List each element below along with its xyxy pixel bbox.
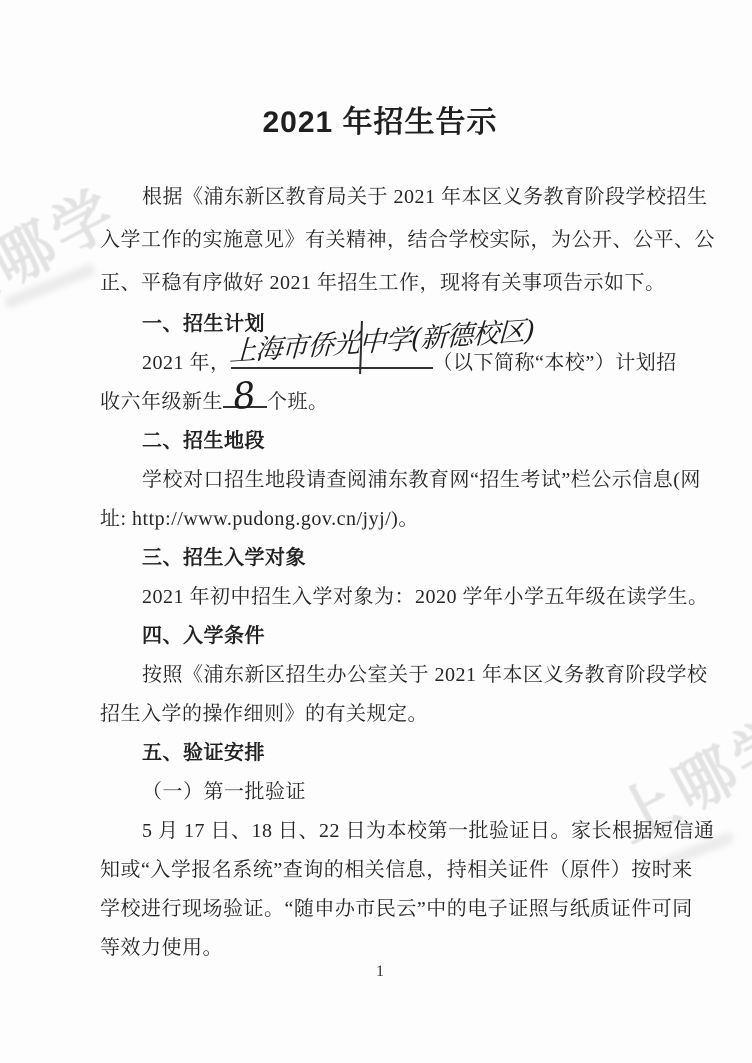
section-1-line-2: 收六年级新生8个班。 xyxy=(100,383,660,422)
section-5-line: 学校进行现场验证。“随申办市民云”中的电子证照与纸质证件可同 xyxy=(100,890,660,929)
section-5-line: 知或“入学报名系统”查询的相关信息，持相关证件（原件）按时来 xyxy=(100,851,660,890)
section-2-line: 址: http://www.pudong.gov.cn/jyj/)。 xyxy=(100,500,660,539)
page-number: 1 xyxy=(100,963,660,981)
handwritten-class-count: 8 xyxy=(231,378,259,417)
page-title: 2021 年招生告示 xyxy=(100,104,660,142)
watermark-smudge-top-left xyxy=(3,262,97,309)
document-body: 根据《浦东新区教育局关于 2021 年本区义务教育阶段学校招生 入学工作的实施意… xyxy=(100,176,660,968)
section-4-heading: 四、入学条件 xyxy=(100,617,660,656)
intro-paragraph: 根据《浦东新区教育局关于 2021 年本区义务教育阶段学校招生 入学工作的实施意… xyxy=(100,176,660,305)
section-4-line: 按照《浦东新区招生办公室关于 2021 年本区义务教育阶段学校 xyxy=(100,656,660,695)
plan-line1-prefix: 2021 年， xyxy=(142,352,231,374)
section-2-heading: 二、招生地段 xyxy=(100,422,660,461)
section-1-heading: 一、招生计划 xyxy=(100,305,660,344)
class-count-blank: 8 xyxy=(223,384,267,408)
plan-line1-suffix: （以下简称“本校”）计划招 xyxy=(433,352,677,374)
intro-line: 入学工作的实施意见》有关精神，结合学校实际，为公开、公平、公 xyxy=(100,219,660,262)
section-4-line: 招生入学的操作细则》的有关规定。 xyxy=(100,695,660,734)
plan-line2-prefix: 收六年级新生 xyxy=(100,391,223,413)
document-content: 2021 年招生告示 根据《浦东新区教育局关于 2021 年本区义务教育阶段学校… xyxy=(100,0,660,968)
intro-line: 正、平稳有序做好 2021 年招生工作，现将有关事项告示如下。 xyxy=(100,262,660,305)
school-name-blank: 上海市侨光中学(新德校区) xyxy=(231,345,433,369)
section-3-heading: 三、招生入学对象 xyxy=(100,539,660,578)
section-5-line: 5 月 17 日、18 日、22 日为本校第一批验证日。家长根据短信通 xyxy=(100,812,660,851)
scanned-document-page: 上哪学 上哪学 2021 年招生告示 根据《浦东新区教育局关于 2021 年本区… xyxy=(0,0,752,1063)
section-2-line: 学校对口招生地段请查阅浦东教育网“招生考试”栏公示信息(网 xyxy=(100,461,660,500)
plan-line2-suffix: 个班。 xyxy=(267,391,329,413)
intro-line: 根据《浦东新区教育局关于 2021 年本区义务教育阶段学校招生 xyxy=(100,176,660,219)
section-5-heading: 五、验证安排 xyxy=(100,734,660,773)
section-3-line: 2021 年初中招生入学对象为：2020 学年小学五年级在读学生。 xyxy=(100,578,660,617)
section-5-subheading: （一）第一批验证 xyxy=(100,773,660,812)
section-1-line-1: 2021 年，上海市侨光中学(新德校区)（以下简称“本校”）计划招 xyxy=(100,344,660,383)
